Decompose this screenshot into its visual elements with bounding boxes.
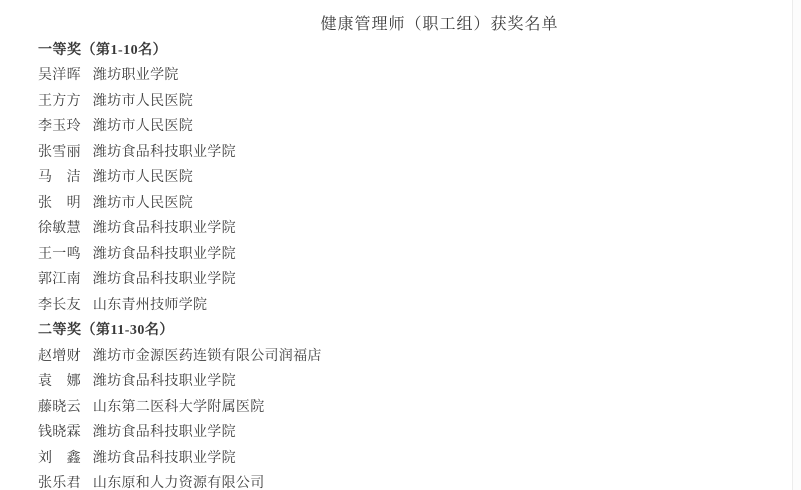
page-right-edge	[792, 0, 801, 490]
winner-name: 李长友	[38, 293, 81, 319]
section-heading: 一等奖（第1-10名）	[38, 38, 801, 64]
award-list-page: 健康管理师（职工组）获奖名单 一等奖（第1-10名）吴洋晖潍坊职业学院王方方潍坊…	[0, 0, 801, 490]
award-row: 钱晓霖潍坊食品科技职业学院	[38, 420, 801, 446]
award-sections: 一等奖（第1-10名）吴洋晖潍坊职业学院王方方潍坊市人民医院李玉玲潍坊市人民医院…	[38, 38, 801, 490]
award-row: 徐敏慧潍坊食品科技职业学院	[38, 216, 801, 242]
winner-name: 马 洁	[38, 165, 81, 191]
award-row: 刘 鑫潍坊食品科技职业学院	[38, 446, 801, 472]
winner-name: 赵增财	[38, 344, 81, 370]
award-row: 王一鸣潍坊食品科技职业学院	[38, 242, 801, 268]
winner-organization: 潍坊食品科技职业学院	[93, 145, 236, 160]
winner-name: 郭江南	[38, 267, 81, 293]
winner-name: 藤晓云	[38, 395, 81, 421]
award-row: 马 洁潍坊市人民医院	[38, 165, 801, 191]
winner-organization: 潍坊市人民医院	[93, 119, 193, 134]
award-row: 张雪丽潍坊食品科技职业学院	[38, 140, 801, 166]
winner-name: 张乐君	[38, 471, 81, 490]
winner-name: 王一鸣	[38, 242, 81, 268]
winner-name: 徐敏慧	[38, 216, 81, 242]
winner-organization: 潍坊职业学院	[93, 68, 179, 83]
award-row: 郭江南潍坊食品科技职业学院	[38, 267, 801, 293]
winner-organization: 潍坊食品科技职业学院	[93, 247, 236, 262]
winner-name: 王方方	[38, 89, 81, 115]
winner-organization: 潍坊市人民医院	[93, 170, 193, 185]
winner-organization: 潍坊市人民医院	[93, 196, 193, 211]
section-heading: 二等奖（第11-30名）	[38, 318, 801, 344]
award-row: 赵增财潍坊市金源医药连锁有限公司润福店	[38, 344, 801, 370]
award-row: 王方方潍坊市人民医院	[38, 89, 801, 115]
award-row: 张乐君山东原和人力资源有限公司	[38, 471, 801, 490]
winner-name: 张雪丽	[38, 140, 81, 166]
winner-organization: 潍坊市金源医药连锁有限公司润福店	[93, 349, 322, 364]
winner-organization: 潍坊市人民医院	[93, 94, 193, 109]
winner-name: 袁 娜	[38, 369, 81, 395]
winner-organization: 山东青州技师学院	[93, 298, 207, 313]
winner-name: 钱晓霖	[38, 420, 81, 446]
award-row: 李长友山东青州技师学院	[38, 293, 801, 319]
winner-organization: 潍坊食品科技职业学院	[93, 451, 236, 466]
winner-organization: 山东第二医科大学附属医院	[93, 400, 265, 415]
award-row: 李玉玲潍坊市人民医院	[38, 114, 801, 140]
winner-organization: 潍坊食品科技职业学院	[93, 272, 236, 287]
winner-name: 李玉玲	[38, 114, 81, 140]
award-row: 袁 娜潍坊食品科技职业学院	[38, 369, 801, 395]
award-row: 张 明潍坊市人民医院	[38, 191, 801, 217]
award-row: 吴洋晖潍坊职业学院	[38, 63, 801, 89]
winner-name: 吴洋晖	[38, 63, 81, 89]
winner-organization: 潍坊食品科技职业学院	[93, 425, 236, 440]
winner-organization: 潍坊食品科技职业学院	[93, 221, 236, 236]
winner-name: 刘 鑫	[38, 446, 81, 472]
page-title: 健康管理师（职工组）获奖名单	[38, 12, 801, 38]
winner-organization: 山东原和人力资源有限公司	[93, 476, 265, 490]
award-row: 藤晓云山东第二医科大学附属医院	[38, 395, 801, 421]
winner-organization: 潍坊食品科技职业学院	[93, 374, 236, 389]
winner-name: 张 明	[38, 191, 81, 217]
